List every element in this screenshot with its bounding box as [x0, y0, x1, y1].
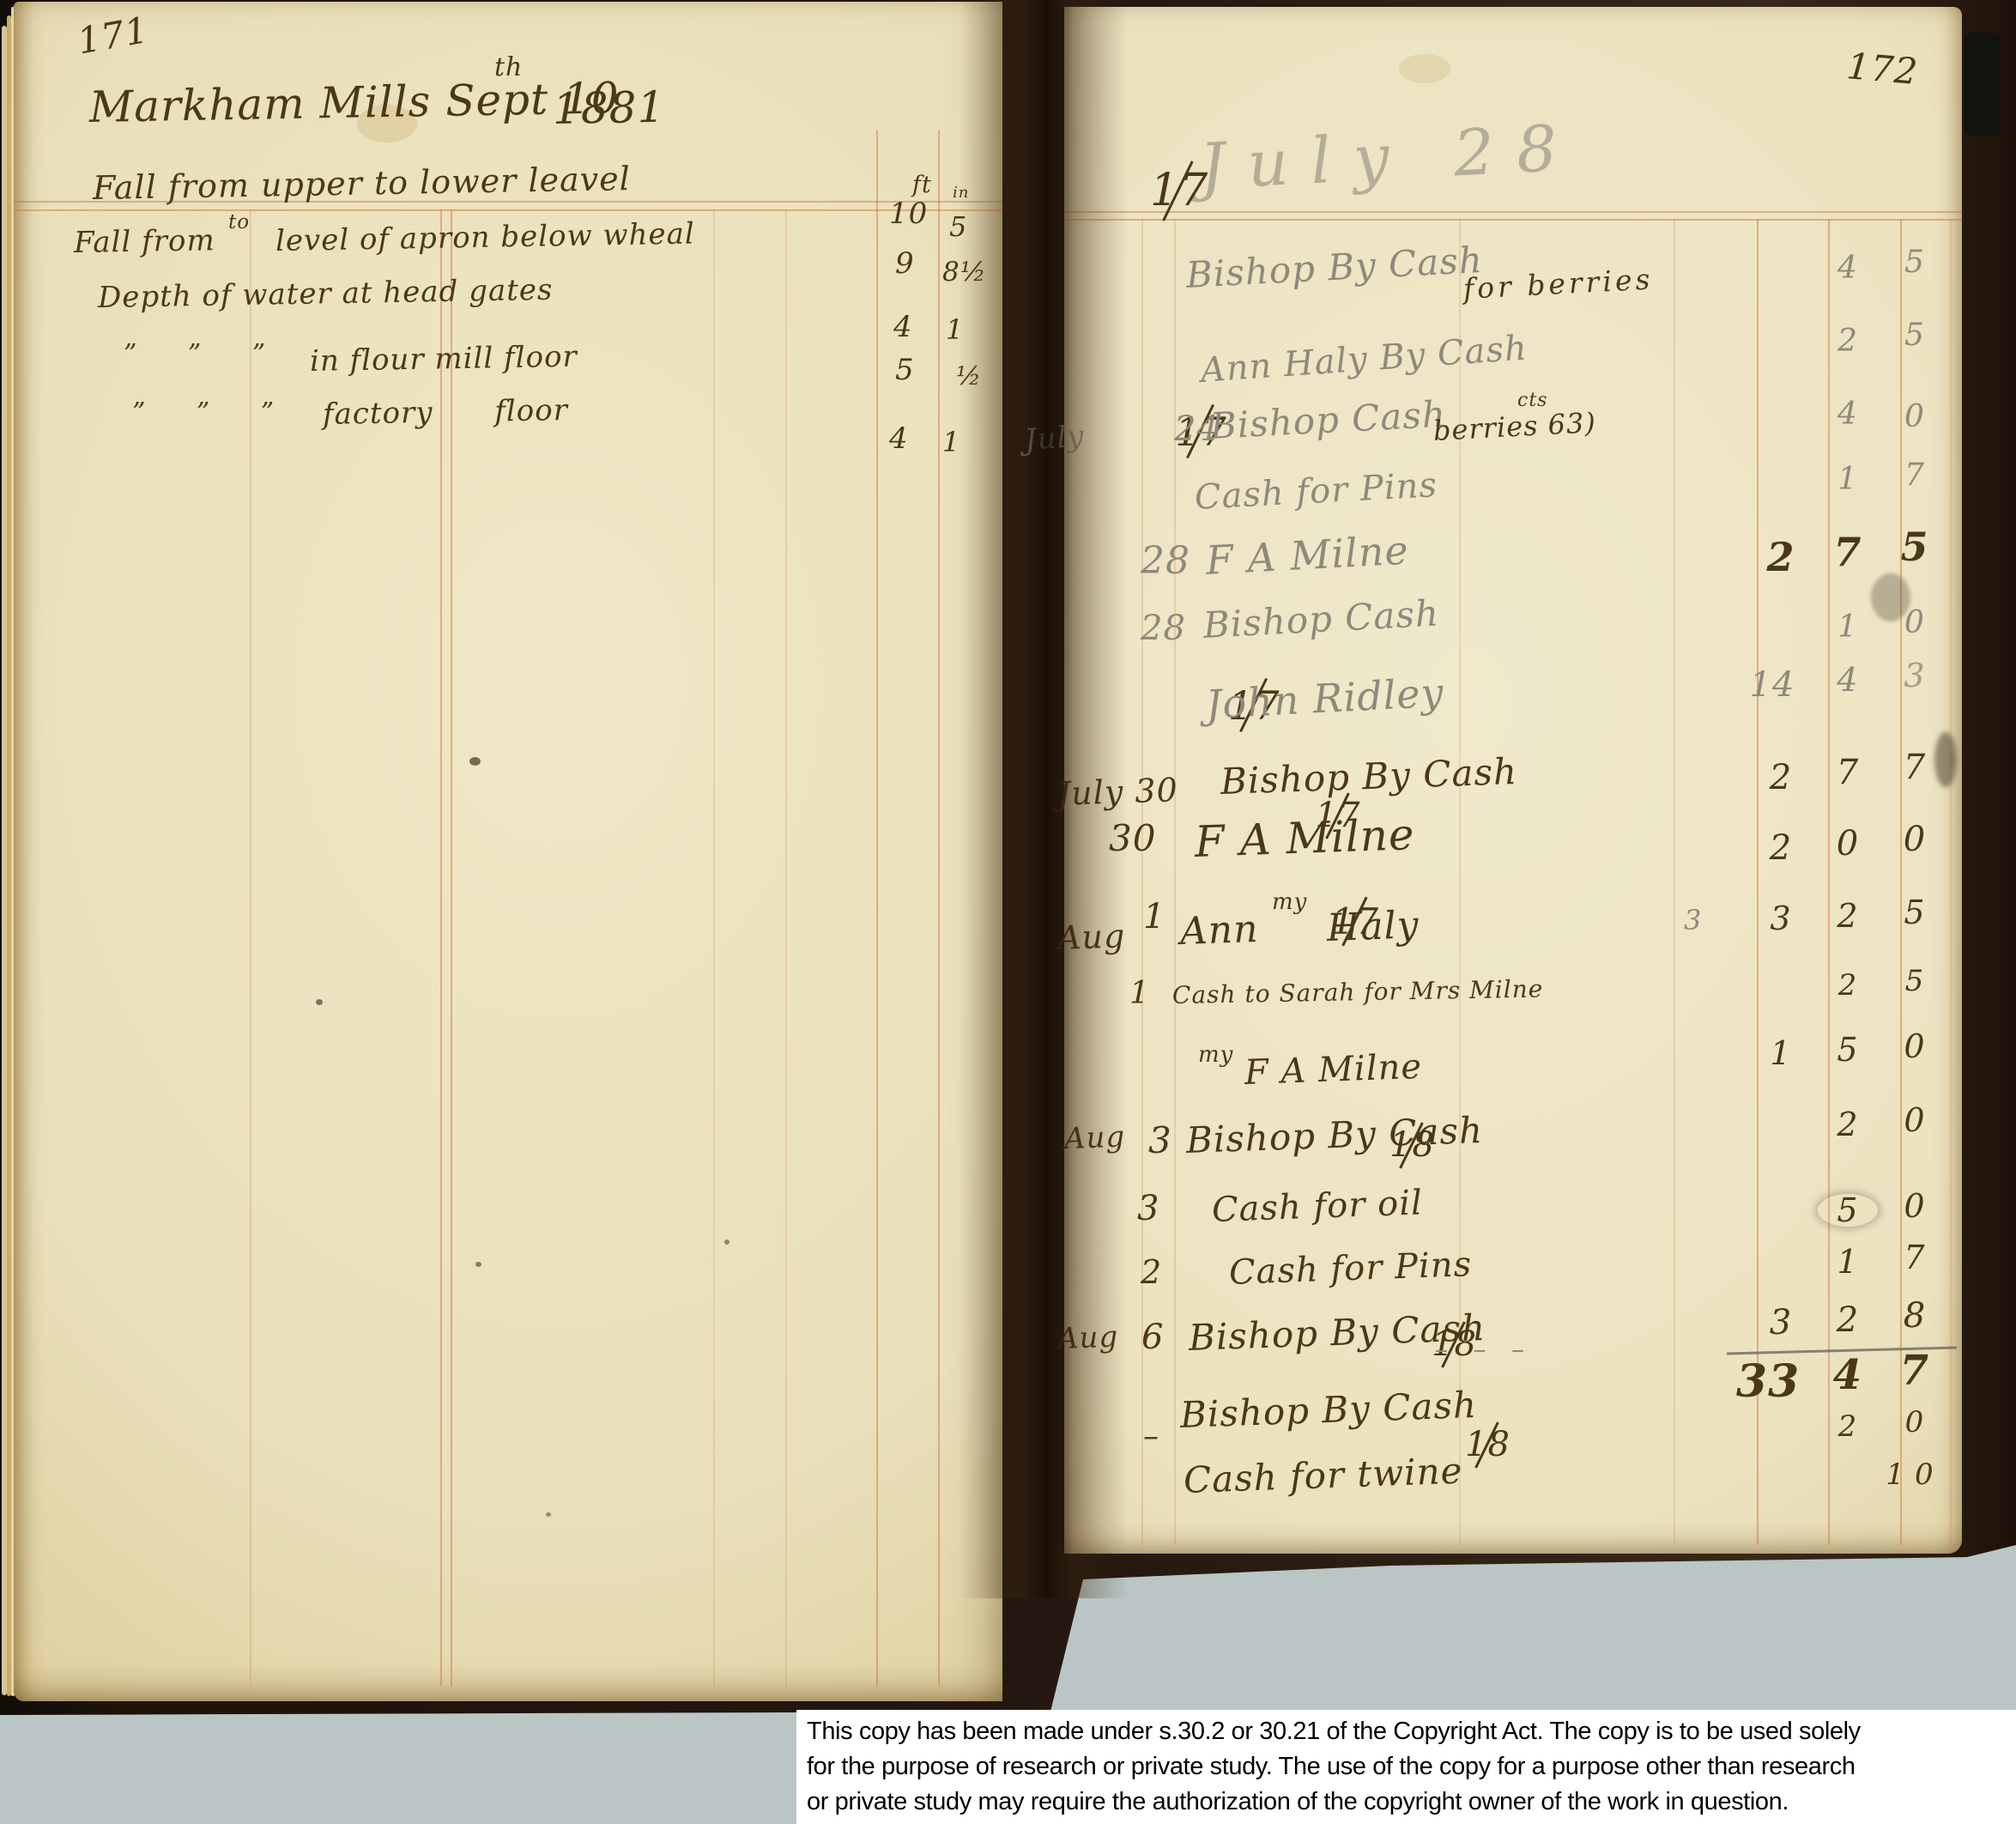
ruled-line — [1674, 219, 1675, 1545]
amount-col1: 2 — [1751, 761, 1811, 795]
margin-day: 30 — [1109, 821, 1156, 857]
measure-ft: 4 — [893, 312, 913, 342]
amount-col2: 4 — [1818, 399, 1878, 430]
entry-desc: Bishop Cash — [1202, 596, 1440, 644]
amount-col3: 5 — [1885, 967, 1945, 996]
entry-desc-sup: my — [1272, 891, 1307, 913]
margin-day: 3 — [1137, 1191, 1159, 1226]
entry-desc: Cash to Sarah for Mrs Milne — [1172, 977, 1544, 1008]
entry-desc: Bishop By Cash — [1185, 242, 1484, 294]
entry-mid-figure: 3 — [1684, 906, 1702, 934]
measure-ft: 5 — [895, 355, 915, 385]
entry-desc-sup: my — [1198, 1044, 1233, 1066]
column-header-ft: ft — [912, 173, 932, 197]
amount-col2: 2 — [1818, 1108, 1878, 1141]
measure-desc: Depth of water at head gates — [98, 276, 554, 312]
entry-desc: Haly — [1326, 906, 1420, 948]
entry-note: for berries — [1462, 264, 1654, 303]
amount-col3: 5 — [1885, 896, 1945, 929]
amount-col2: 1 — [1818, 612, 1878, 643]
copyright-line: or private study may require the authori… — [807, 1785, 2009, 1820]
scanned-ledger-document: 171 Markham Mills Sept 10 th 1881 Fall f… — [0, 0, 2016, 1824]
amount-col3: 0 — [1885, 1408, 1945, 1437]
entry-note: berries 63) — [1432, 409, 1596, 445]
entry-dashes: – – – — [1435, 1337, 1533, 1363]
amount-col3: 5 — [1885, 247, 1945, 278]
measure-in: ½ — [956, 364, 982, 390]
entry-desc: F A Milne — [1244, 1050, 1422, 1090]
page-header-date: July 28 — [1198, 116, 1581, 199]
amount-col3: 10 — [1885, 1460, 1945, 1489]
ruled-line — [14, 209, 1002, 211]
amount-col3: 5 — [1885, 320, 1945, 351]
amount-col3: 0 — [1885, 1030, 1945, 1063]
ledger-page-right: 172 July 28 17 Bishop By Cash for berrie… — [1064, 7, 1962, 1554]
margin-day-struck: 18 — [1465, 1425, 1510, 1464]
entry-desc: Cash for Pins — [1228, 1247, 1472, 1290]
amount-col3: 0 — [1885, 1104, 1945, 1136]
margin-month: July 30 — [1056, 773, 1178, 810]
ledger-title-sup: th — [494, 55, 523, 81]
margin-day: – — [1143, 1421, 1159, 1452]
stain — [1399, 54, 1450, 83]
ruled-line — [876, 130, 878, 1686]
column-header-in: in — [953, 185, 969, 201]
measure-ft: 10 — [889, 199, 928, 228]
measure-in: 8½ — [942, 259, 987, 286]
amount-col2: 2 — [1818, 326, 1878, 357]
entry-desc: Ann Haly By Cash — [1200, 330, 1529, 388]
measure-in: 1 — [946, 316, 964, 343]
stain — [316, 999, 323, 1005]
ruled-line — [713, 209, 715, 1686]
ruled-line — [1757, 219, 1759, 1545]
amount-col3: 8 — [1885, 1299, 1945, 1333]
amount-col3: 5 — [1885, 527, 1945, 567]
margin-day: 1 — [1129, 979, 1150, 1009]
margin-month: Aug — [1056, 919, 1126, 954]
amount-col2: 1 — [1818, 1245, 1878, 1278]
entry-desc: F A Milne — [1205, 530, 1410, 580]
entry-desc: Bishop By Cash — [1185, 1112, 1483, 1159]
measure-ft: 4 — [889, 424, 909, 453]
entry-desc: John Ridley — [1205, 672, 1445, 724]
ruled-line — [440, 209, 442, 1686]
amount-col2: 2 — [1818, 1412, 1878, 1441]
measure-desc: Fall from — [74, 226, 215, 258]
measure-desc: Fall from upper to lower leavel — [93, 162, 631, 204]
amount-col1: 1 — [1751, 1037, 1811, 1070]
measure-desc: level of apron below wheal — [275, 219, 695, 256]
amount-col1: 2 — [1751, 537, 1811, 577]
amount-col2: 1 — [1818, 464, 1878, 495]
ruled-line — [938, 130, 940, 1686]
measure-desc: factory floor — [323, 396, 569, 429]
entry-note-sup: cts — [1517, 391, 1547, 410]
copyright-line: This copy has been made under s.30.2 or … — [807, 1714, 2009, 1749]
amount-col3: 0 — [1885, 822, 1945, 857]
amount-col2: 5 — [1818, 1194, 1878, 1227]
total-col3: 7 — [1885, 1350, 1945, 1391]
total-col2: 4 — [1818, 1354, 1878, 1396]
amount-col3: 7 — [1885, 1241, 1945, 1274]
copyright-line: for the purpose of research or private s… — [807, 1749, 2009, 1785]
page-number-right: 172 — [1845, 48, 1920, 90]
margin-month: Aug — [1063, 1123, 1125, 1154]
copyright-notice: This copy has been made under s.30.2 or … — [796, 1710, 2016, 1824]
entry-desc: Cash for oil — [1211, 1185, 1423, 1227]
entry-desc: Bishop By Cash — [1179, 1387, 1477, 1433]
amount-col1: 3 — [1751, 1306, 1811, 1340]
amount-col2: 5 — [1818, 1033, 1878, 1066]
margin-day: 6 — [1141, 1320, 1164, 1354]
entry-desc: F A Milne — [1194, 813, 1415, 864]
amount-col1: 3 — [1751, 902, 1811, 935]
ruled-line — [451, 209, 452, 1686]
amount-col1: 2 — [1751, 831, 1811, 865]
amount-col2: 0 — [1818, 827, 1878, 861]
amount-col2: 2 — [1818, 1303, 1878, 1337]
amount-col3: 3 — [1885, 659, 1945, 692]
measure-desc-caret: to — [228, 213, 250, 233]
page-number-left: 171 — [75, 12, 151, 60]
amount-col3: 7 — [1885, 460, 1945, 491]
amount-col2: 7 — [1818, 532, 1878, 572]
margin-day: 28 — [1141, 611, 1186, 645]
ledger-page-left: 171 Markham Mills Sept 10 th 1881 Fall f… — [14, 2, 1002, 1701]
ledger-title: Markham Mills Sept 10 — [89, 76, 620, 129]
entry-desc: Bishop Cash — [1209, 397, 1447, 445]
amount-col3: 7 — [1885, 750, 1945, 785]
amount-col1: 14 — [1742, 668, 1802, 702]
margin-day: 2 — [1141, 1256, 1162, 1288]
amount-col2: 7 — [1818, 755, 1878, 790]
entry-desc: Bishop By Cash — [1220, 754, 1517, 800]
margin-month: Aug — [1056, 1323, 1118, 1354]
measure-ft: 9 — [895, 249, 915, 278]
book-clasp — [1964, 33, 2000, 136]
ditto-marks: ” ” ” — [132, 400, 275, 426]
margin-month: July — [1024, 421, 1086, 455]
entry-desc: Ann — [1179, 911, 1259, 951]
ditto-marks: ” ” ” — [124, 342, 266, 367]
ruled-line — [250, 209, 251, 1686]
margin-day: 1 — [1143, 900, 1165, 934]
margin-day-struck: 17 — [1150, 165, 1208, 216]
amount-col3: 0 — [1885, 402, 1945, 433]
measure-desc: in flour mill floor — [310, 342, 578, 376]
margin-day: 28 — [1141, 542, 1190, 580]
stain — [475, 1262, 481, 1267]
amount-col2: 4 — [1818, 253, 1878, 284]
amount-col3: 0 — [1885, 608, 1945, 639]
measure-in: 1 — [942, 428, 960, 456]
total-col1: 33 — [1727, 1360, 1809, 1404]
stain — [546, 1512, 551, 1517]
stain — [469, 757, 481, 766]
entry-desc: Cash for twine — [1183, 1453, 1463, 1499]
entry-desc: Cash for Pins — [1194, 468, 1438, 515]
amount-col2: 2 — [1818, 900, 1878, 932]
measure-in: 5 — [949, 213, 967, 240]
ruled-line — [785, 209, 787, 1686]
margin-day: 3 — [1148, 1123, 1172, 1159]
stain — [724, 1239, 730, 1245]
amount-col2: 2 — [1818, 971, 1878, 1000]
ledger-title-year: 1881 — [553, 86, 666, 130]
amount-col3: 0 — [1885, 1190, 1945, 1222]
amount-col2: 4 — [1818, 664, 1878, 696]
